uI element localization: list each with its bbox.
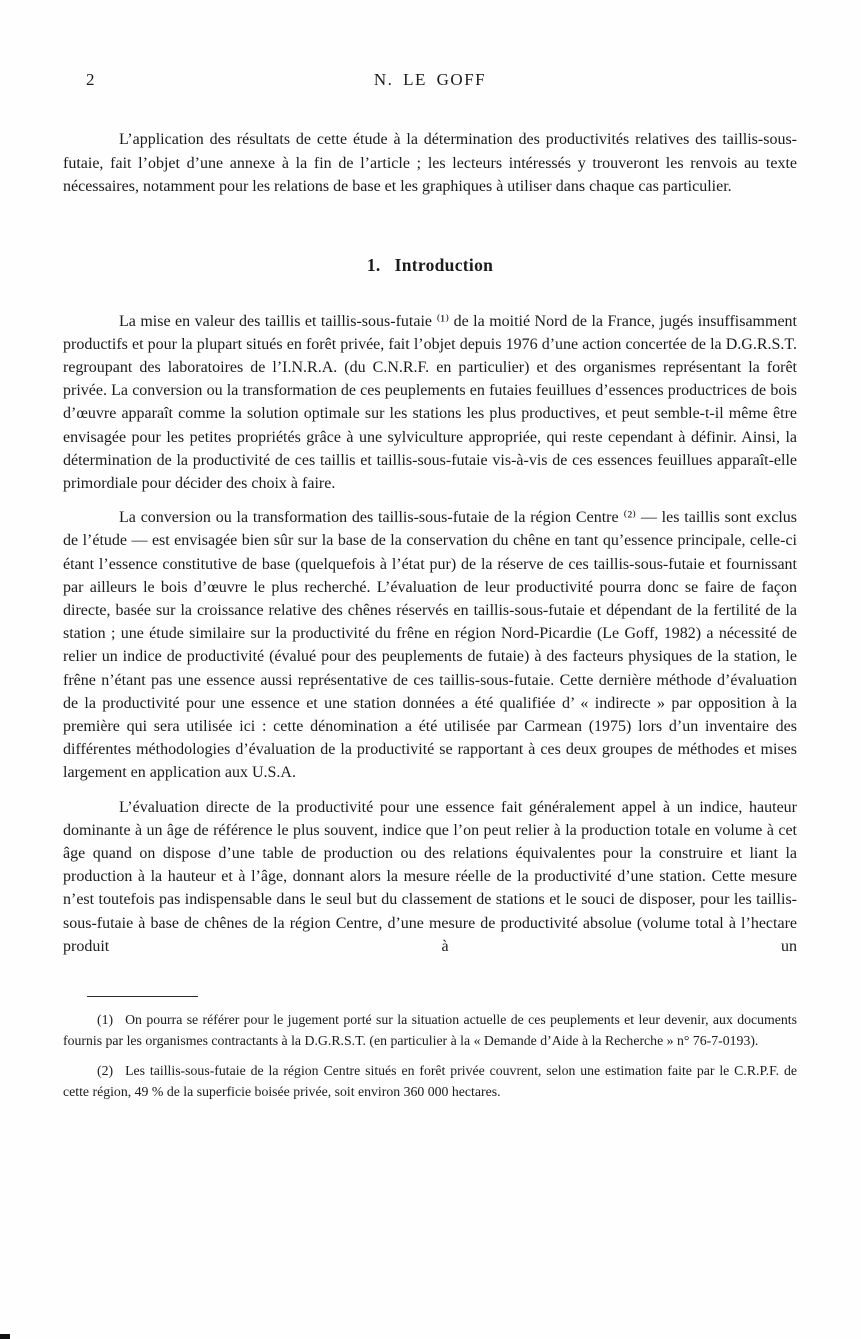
- page-number: 2: [86, 70, 95, 90]
- footnote-separator: [87, 996, 198, 997]
- section-heading: 1.Introduction: [63, 255, 797, 276]
- scan-artifact: [0, 1334, 10, 1339]
- footnote-text: Les taillis-sous-futaie de la région Cen…: [63, 1063, 797, 1099]
- footnote-text: On pourra se référer pour le jugement po…: [63, 1012, 797, 1048]
- footnote-label: (1): [97, 1012, 113, 1027]
- section-title: Introduction: [395, 255, 494, 275]
- body-paragraph: La mise en valeur des taillis et taillis…: [63, 310, 797, 496]
- body-paragraph: La conversion ou la transformation des t…: [63, 506, 797, 784]
- footnote: (1)On pourra se référer pour le jugement…: [63, 1009, 797, 1051]
- running-title: N. LE GOFF: [63, 70, 797, 90]
- footnote-label: (2): [97, 1063, 113, 1078]
- section-number: 1.: [367, 255, 381, 275]
- page-header: 2 N. LE GOFF: [63, 70, 797, 92]
- opening-paragraph: L’application des résultats de cette étu…: [63, 128, 797, 199]
- paper-page: 2 N. LE GOFF L’application des résultats…: [0, 0, 861, 1339]
- body-paragraph: L’évaluation directe de la productivité …: [63, 796, 797, 958]
- footnote: (2)Les taillis-sous-futaie de la région …: [63, 1060, 797, 1102]
